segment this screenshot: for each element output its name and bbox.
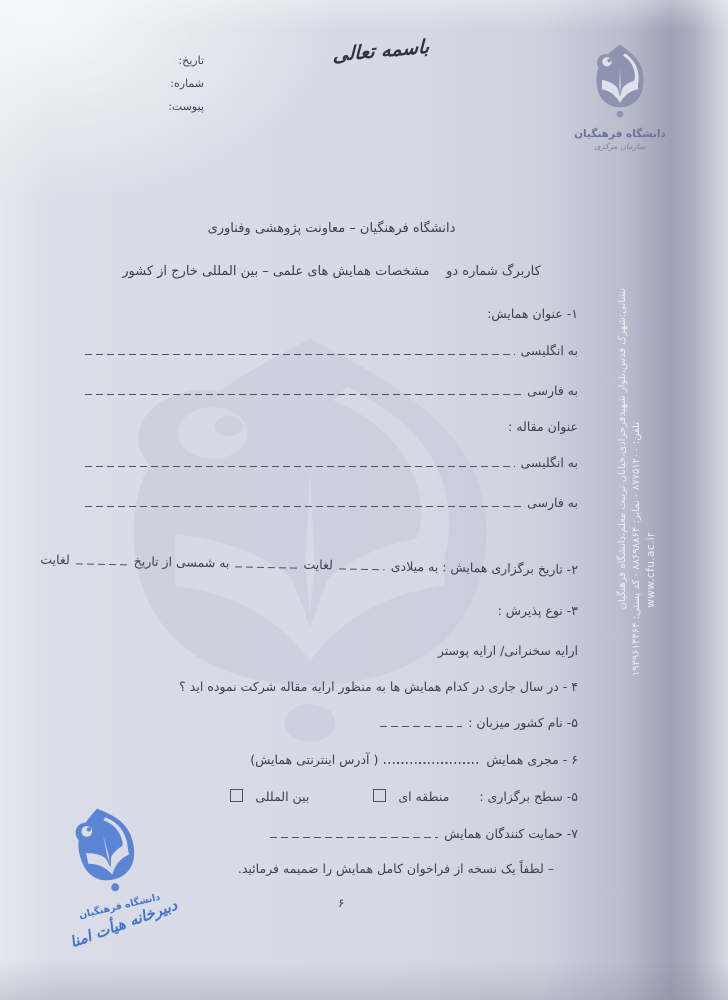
- phone-line: تلفن: ۸۷۷۵۱۲۰۰ - نمابر: ۸۸۶۹۸۸۶۴ - کد پس…: [630, 284, 644, 856]
- international-label: بین المللی: [255, 789, 309, 804]
- address-line: نشانی:شهرک قدس،بلوار شهیدفرحزادی،خیابان …: [616, 284, 630, 856]
- shamsi-label: به شمسی از تاریخ: [134, 553, 230, 570]
- conference-title-english-blank: [85, 344, 515, 358]
- item4-label: ۴ - در سال جاری در کدام همایش ها به منظو…: [179, 679, 578, 694]
- item3-row: ۳- نوع پذیرش :: [85, 603, 578, 618]
- item5-label: ۵- نام کشور میزبان :: [468, 715, 578, 730]
- international-checkbox: [230, 789, 243, 802]
- sponsors-blank: [270, 827, 438, 841]
- item3-label: ۳- نوع پذیرش :: [498, 603, 578, 618]
- conference-title-persian-row: به فارسی: [85, 383, 578, 398]
- acceptance-options-row: ارایه سخنرانی/ ارایه پوستر: [85, 643, 578, 658]
- item1-row: ۱- عنوان همایش:: [85, 306, 578, 321]
- organizer-blank: [384, 753, 480, 767]
- item5-host-country-row: ۵- نام کشور میزبان :: [85, 715, 578, 730]
- english-label: به انگلیسی: [521, 455, 579, 470]
- article-title-persian-blank: [85, 496, 521, 510]
- until-label: لغایت: [303, 557, 333, 573]
- article-title-english-row: به انگلیسی: [85, 455, 578, 470]
- item2-dates-row: ۲- تاریخ برگزاری همایش : به میلادی لغایت…: [61, 552, 578, 577]
- university-logo-block: دانشگاه فرهنگیان سازمان مرکزی: [570, 42, 670, 151]
- regional-checkbox: [373, 789, 386, 802]
- contact-sideband: نشانی:شهرک قدس،بلوار شهیدفرحزادی،خیابان …: [616, 284, 658, 856]
- item6-suffix: ( آدرس اینترنتی همایش): [250, 752, 378, 767]
- university-subtitle: سازمان مرکزی: [570, 142, 670, 151]
- english-label: به انگلیسی: [521, 343, 579, 358]
- article-title-persian-row: به فارسی: [85, 495, 578, 510]
- page-number: ۶: [338, 896, 344, 910]
- host-country-blank: [380, 716, 462, 730]
- item2-label: ۲- تاریخ برگزاری همایش : به میلادی: [391, 558, 578, 577]
- item7-label: ۷- حمایت کنندگان همایش: [444, 826, 578, 841]
- persian-label: به فارسی: [527, 495, 578, 510]
- shamsi-from-blank: [76, 553, 128, 568]
- stamp-emblem-icon: [61, 798, 152, 906]
- regional-label: منطقه ای: [398, 789, 449, 804]
- conference-title-persian-blank: [85, 384, 521, 398]
- until-label: لغایت: [40, 552, 70, 568]
- attachment-note: – لطفاً یک نسخه از فراخوان کامل همایش را…: [238, 861, 554, 876]
- article-title-label: عنوان مقاله :: [508, 419, 578, 434]
- university-name: دانشگاه فرهنگیان: [570, 128, 670, 140]
- gregorian-until-blank: [235, 556, 297, 571]
- university-emblem-icon: [589, 42, 651, 123]
- scanned-page-background: تاریخ: شماره: پیوست: باسمه تعالی دانشگاه…: [0, 0, 728, 1000]
- item1-label: ۱- عنوان همایش:: [487, 306, 578, 321]
- persian-label: به فارسی: [527, 383, 578, 398]
- website-line: www.cfu.ac.ir: [644, 284, 658, 856]
- article-title-english-blank: [85, 456, 515, 470]
- acceptance-options: ارایه سخنرانی/ ارایه پوستر: [438, 643, 578, 658]
- gregorian-from-blank: [339, 558, 385, 573]
- item4-row: ۴ - در سال جاری در کدام همایش ها به منظو…: [85, 679, 578, 694]
- item6-organizer-row: ۶ - مجری همایش ( آدرس اینترنتی همایش): [85, 752, 578, 767]
- item6-label: ۶ - مجری همایش: [486, 752, 578, 767]
- article-title-row: عنوان مقاله :: [85, 419, 578, 434]
- conference-title-english-row: به انگلیسی: [85, 343, 578, 358]
- item5b-label: ۵- سطح برگزاری :: [479, 789, 578, 804]
